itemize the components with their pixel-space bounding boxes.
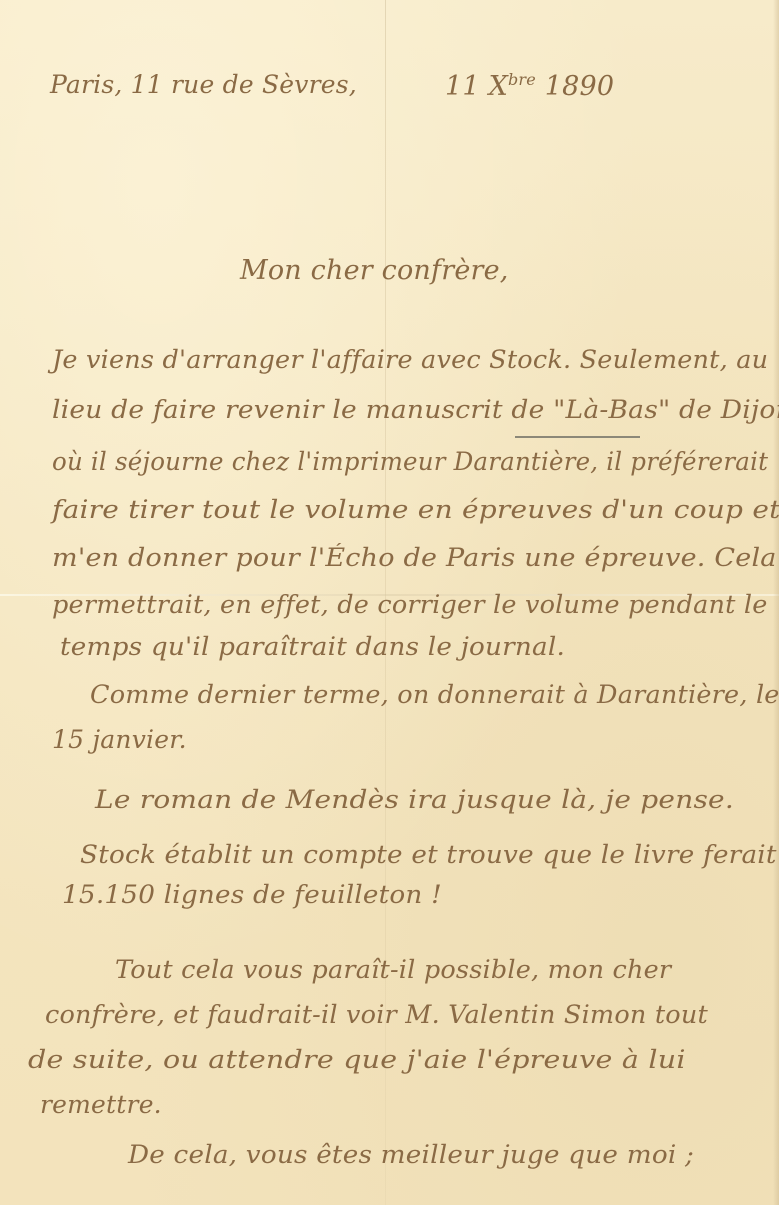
body-line-8: Comme dernier terme, on donnerait à Dara… xyxy=(90,680,779,709)
date-year: 1890 xyxy=(545,71,615,102)
body-line-10: Le roman de Mendès ira jusque là, je pen… xyxy=(95,785,734,814)
body-line-5: m'en donner pour l'Écho de Paris une épr… xyxy=(52,543,777,572)
body-line-6: permettrait, en effet, de corriger le vo… xyxy=(52,590,768,619)
letter-page: Paris, 11 rue de Sèvres, 11 Xbre 1890 Mo… xyxy=(0,0,779,1205)
body-line-2: lieu de faire revenir le manuscrit de "L… xyxy=(52,395,779,424)
body-line-1: Je viens d'arranger l'affaire avec Stock… xyxy=(52,345,768,374)
date-month: X xyxy=(489,71,508,102)
body-line-3: où il séjourne chez l'imprimeur Darantiè… xyxy=(52,447,768,476)
body-line-14: confrère, et faudrait-il voir M. Valenti… xyxy=(45,1000,708,1029)
body-line-16: remettre. xyxy=(40,1090,162,1119)
date-month-superscript: bre xyxy=(508,70,536,89)
body-line-13: Tout cela vous paraît-il possible, mon c… xyxy=(115,955,671,984)
date-day: 11 xyxy=(445,71,480,102)
salutation: Mon cher confrère, xyxy=(240,255,509,286)
body-line-11: Stock établit un compte et trouve que le… xyxy=(80,840,777,869)
body-line-7: temps qu'il paraîtrait dans le journal. xyxy=(60,632,565,661)
paper-edge xyxy=(773,0,779,1205)
body-line-17: De cela, vous êtes meilleur juge que moi… xyxy=(128,1140,694,1169)
body-line-9: 15 janvier. xyxy=(52,725,187,754)
letter-address: Paris, 11 rue de Sèvres, xyxy=(50,70,357,99)
title-underline xyxy=(515,436,640,438)
body-line-12: 15.150 lignes de feuilleton ! xyxy=(62,880,442,909)
body-line-15: de suite, ou attendre que j'aie l'épreuv… xyxy=(28,1045,686,1074)
letter-date: 11 Xbre 1890 xyxy=(445,70,614,102)
body-line-4: faire tirer tout le volume en épreuves d… xyxy=(52,495,779,524)
